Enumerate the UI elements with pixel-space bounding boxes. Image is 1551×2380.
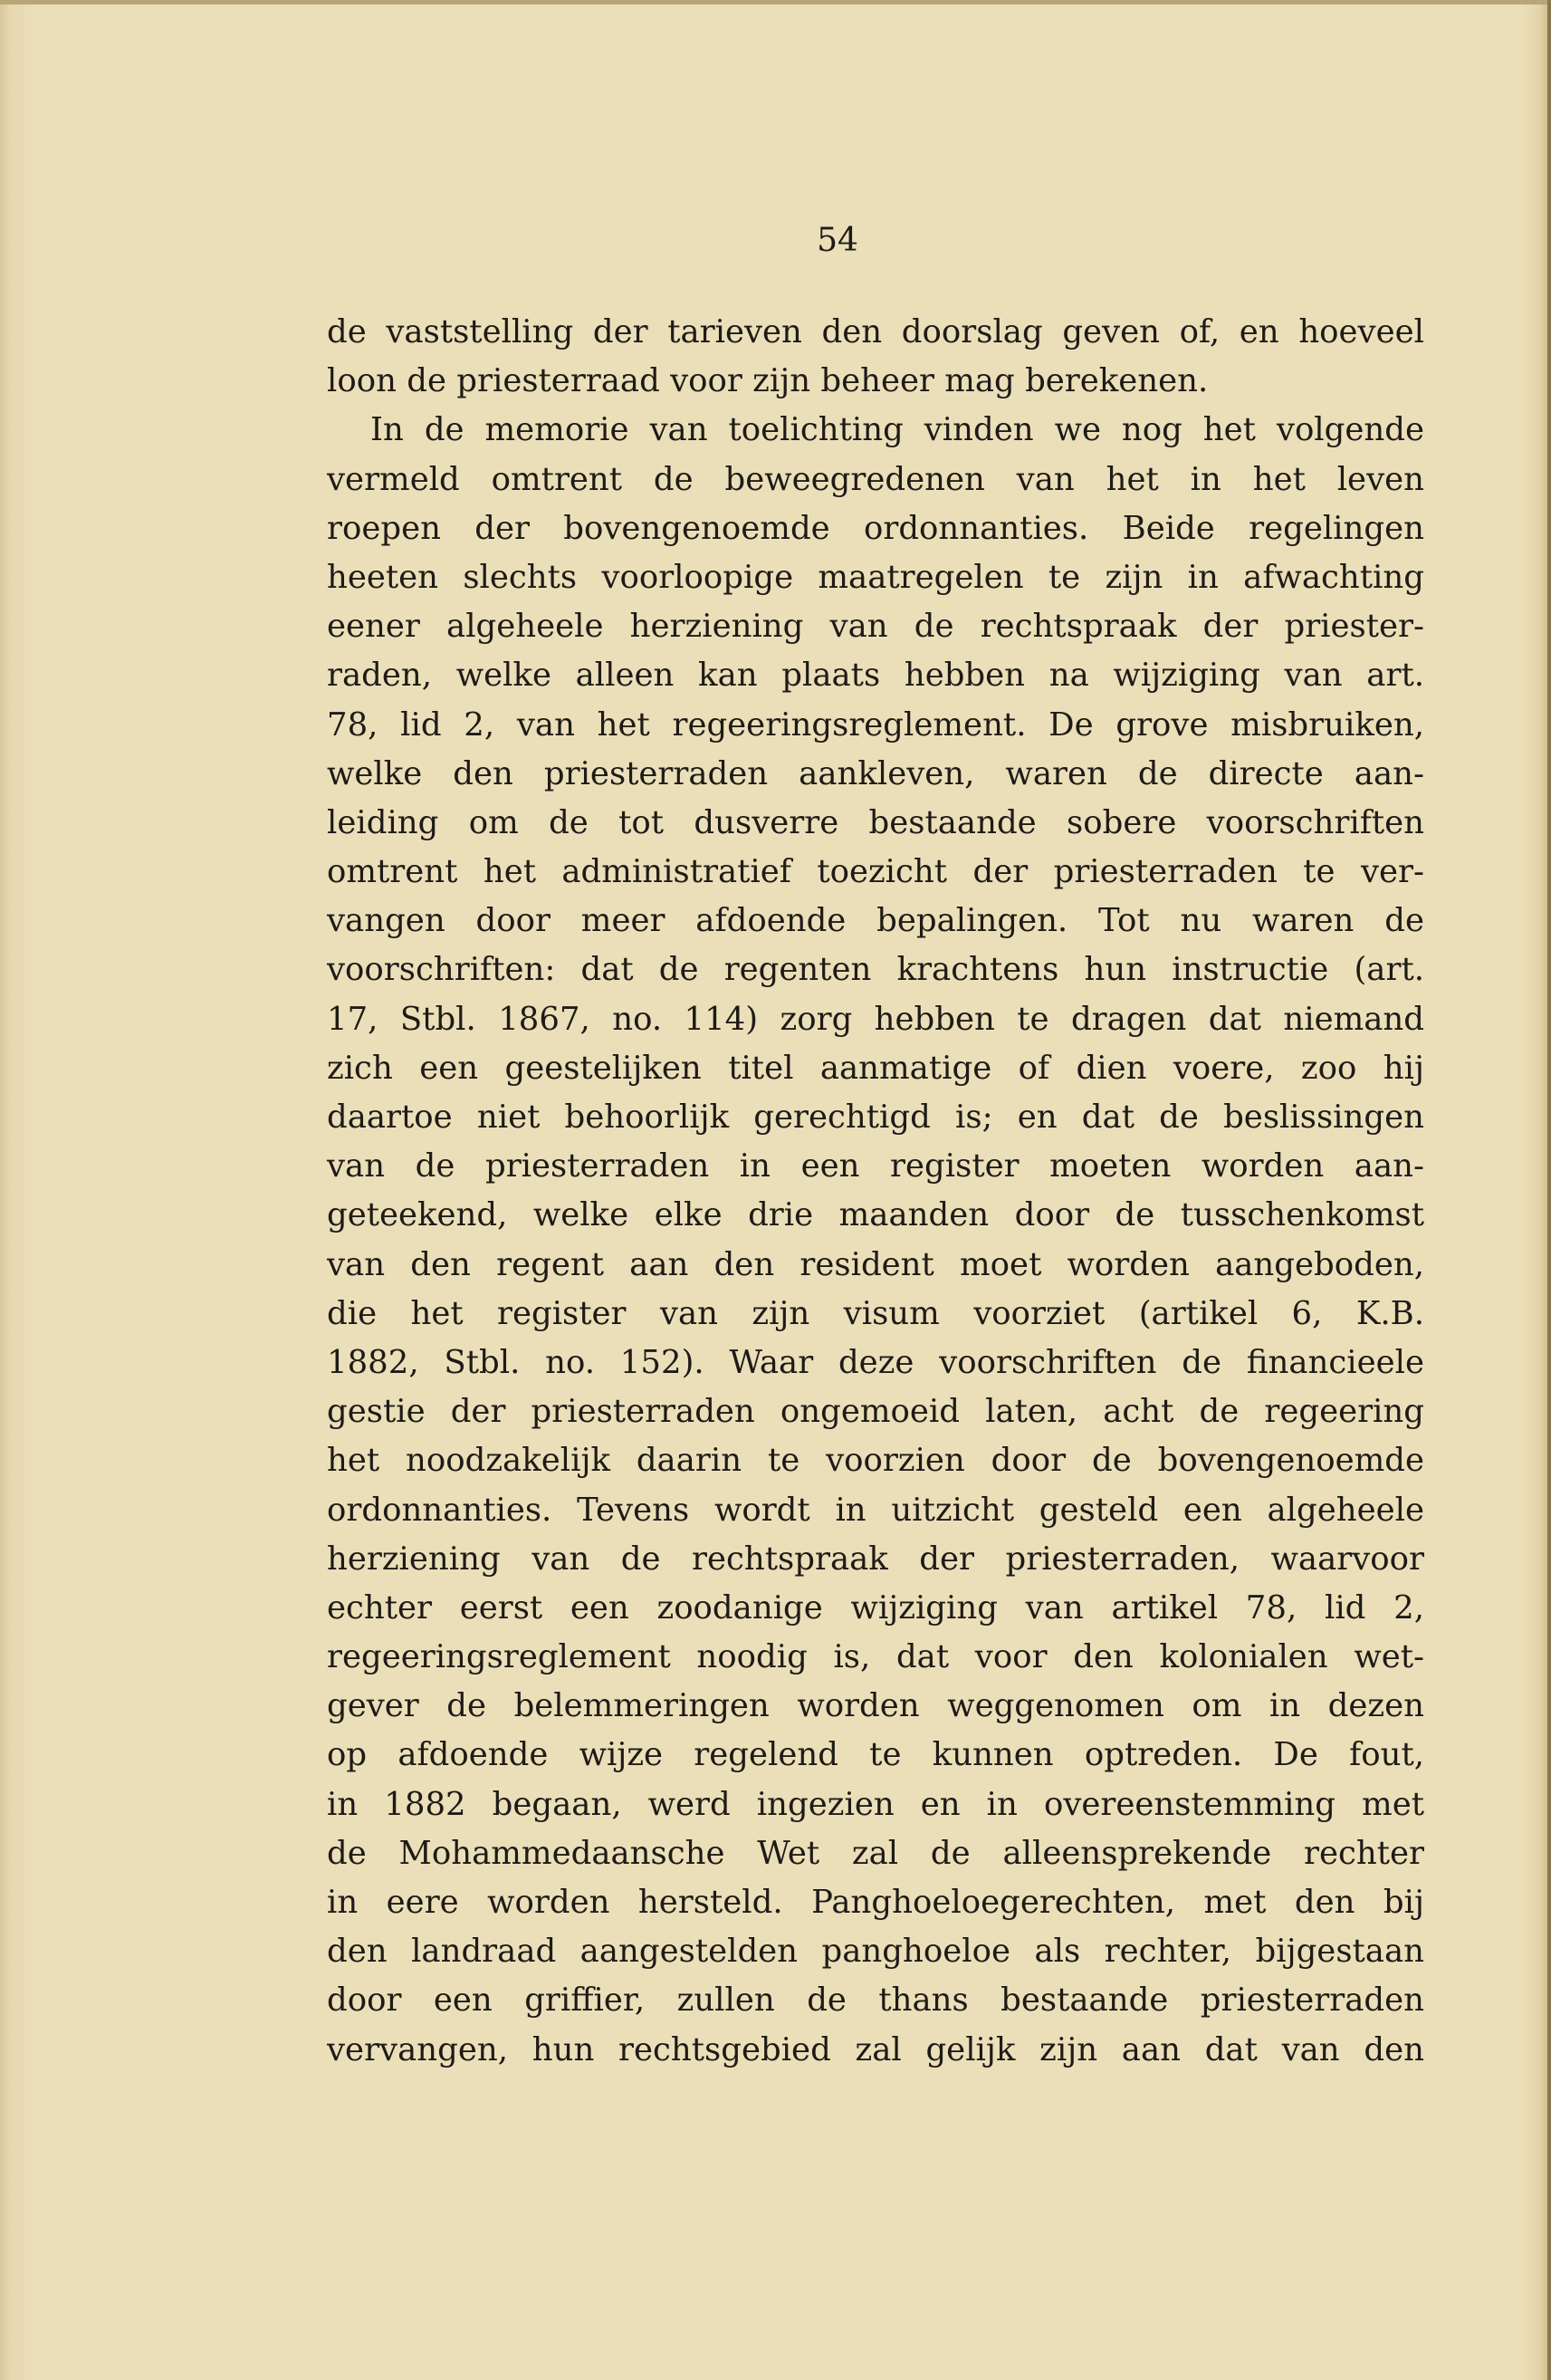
text-line: roepen der bovengenoemde ordonnanties. B… (327, 504, 1424, 553)
text-line: vervangen, hun rechtsgebied zal gelijk z… (327, 2026, 1424, 2075)
text-line: vermeld omtrent de beweegredenen van het… (327, 456, 1424, 504)
text-line: 1882, Stbl. no. 152). Waar deze voorschr… (327, 1339, 1424, 1387)
text-line: voorschriften: dat de regenten krachtens… (327, 945, 1424, 994)
text-line: van den regent aan den resident moet wor… (327, 1241, 1424, 1290)
text-line: In de memorie van toelichting vinden we … (327, 406, 1424, 455)
text-line: het noodzakelijk daarin te voorzien door… (327, 1436, 1424, 1485)
page-number: 54 (0, 222, 1551, 259)
book-page: 54 de vaststelling der tarieven den door… (0, 0, 1551, 2380)
text-line: van de priesterraden in een register moe… (327, 1142, 1424, 1191)
text-line: 78, lid 2, van het regeeringsreglement. … (327, 701, 1424, 750)
text-line: echter eerst een zoodanige wijziging van… (327, 1584, 1424, 1633)
text-line: eener algeheele herziening van de rechts… (327, 602, 1424, 651)
text-line: 17, Stbl. 1867, no. 114) zorg hebben te … (327, 995, 1424, 1044)
text-line: de vaststelling der tarieven den doorsla… (327, 308, 1424, 357)
text-line: herziening van de rechtspraak der priest… (327, 1535, 1424, 1584)
text-line: omtrent het administratief toezicht der … (327, 848, 1424, 897)
text-line: den landraad aangestelden panghoeloe als… (327, 1927, 1424, 1976)
text-line: heeten slechts voorloopige maatregelen t… (327, 553, 1424, 602)
body-text: de vaststelling der tarieven den doorsla… (327, 308, 1424, 2075)
text-line: in eere worden hersteld. Panghoeloegerec… (327, 1878, 1424, 1927)
page-right-edge (1547, 0, 1551, 2380)
text-line: gestie der priesterraden ongemoeid laten… (327, 1387, 1424, 1436)
text-line: door een griffier, zullen de thans besta… (327, 1976, 1424, 2025)
text-line: vangen door meer afdoende bepalingen. To… (327, 897, 1424, 945)
text-line: zich een geestelijken titel aanmatige of… (327, 1044, 1424, 1093)
text-line: op afdoende wijze regelend te kunnen opt… (327, 1731, 1424, 1780)
text-line: loon de priesterraad voor zijn beheer ma… (327, 357, 1424, 406)
text-line: in 1882 begaan, werd ingezien en in over… (327, 1780, 1424, 1829)
text-line: ordonnanties. Tevens wordt in uitzicht g… (327, 1486, 1424, 1535)
text-line: welke den priesterraden aankleven, waren… (327, 750, 1424, 799)
text-line: geteekend, welke elke drie maanden door … (327, 1191, 1424, 1240)
text-line: regeeringsreglement noodig is, dat voor … (327, 1633, 1424, 1682)
text-line: die het register van zijn visum voorziet… (327, 1290, 1424, 1339)
text-line: raden, welke alleen kan plaats hebben na… (327, 651, 1424, 700)
page-top-edge (0, 0, 1551, 5)
text-line: de Mohammedaansche Wet zal de alleenspre… (327, 1829, 1424, 1878)
text-line: daartoe niet behoorlijk gerechtigd is; e… (327, 1093, 1424, 1142)
text-line: gever de belemmeringen worden weggenomen… (327, 1682, 1424, 1731)
text-line: leiding om de tot dusverre bestaande sob… (327, 799, 1424, 848)
